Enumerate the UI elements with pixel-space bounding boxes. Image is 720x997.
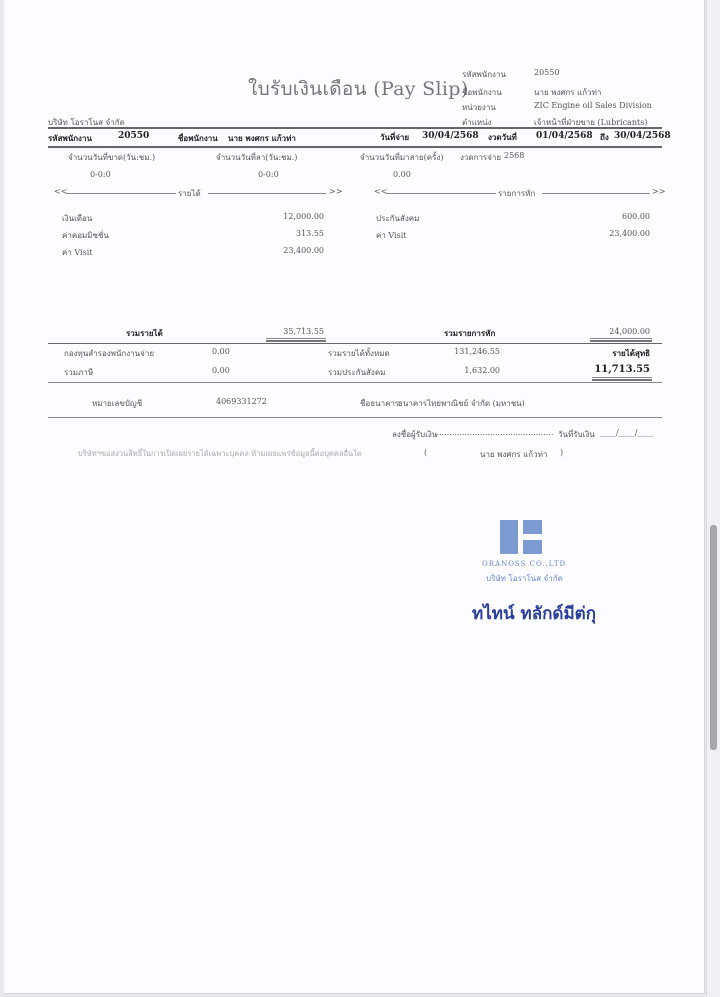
tax-value: 0.00: [212, 366, 230, 375]
late-value: 0.00: [393, 170, 411, 179]
deduction-item-label: ประกันสังคม: [376, 212, 419, 225]
divider: [48, 146, 662, 148]
deduction-total-underline: [590, 340, 652, 342]
receiver-signature-dots: ........................................…: [434, 428, 554, 437]
bar-id-label: รหัสพนักงาน: [48, 132, 92, 145]
scrollbar-thumb[interactable]: [710, 525, 717, 750]
income-item-amount: 12,000.00: [244, 212, 324, 221]
net-income-label: รายได้สุทธิ: [570, 347, 650, 360]
absent-label: จำนวนวันที่ขาด(วัน:ชม.): [68, 151, 155, 164]
vertical-scrollbar[interactable]: [706, 0, 720, 997]
bar-id-value: 20550: [118, 131, 149, 141]
leave-label: จำนวนวันที่ลา(วัน:ชม.): [216, 151, 297, 164]
deduction-total-label: รวมรายการหัก: [444, 327, 495, 340]
provident-value: 0.00: [212, 347, 230, 356]
income-left-arrow: <<: [54, 187, 67, 196]
provident-label: กองทุนสำรองพนักงานจ่าย: [64, 347, 154, 360]
income-item-label: ค่า Visit: [62, 246, 92, 259]
stamp-company-th: บริษัท โอราโนส จำกัด: [486, 572, 563, 585]
deduction-item-amount: 600.00: [570, 212, 650, 221]
income-total-underline: [266, 338, 326, 339]
account-label: หมายเลขบัญชี: [92, 397, 142, 410]
income-right-arrow: >>: [329, 187, 342, 196]
bar-period-from: 01/04/2568: [536, 131, 593, 141]
info-label-name: ชื่อพนักงาน: [462, 86, 502, 99]
paren-open: (: [424, 448, 427, 457]
income-item-amount: 23,400.00: [244, 246, 324, 255]
account-value: 4069331272: [216, 397, 267, 406]
income-rule: [66, 193, 176, 194]
payslip-page: ใบรับเงินเดือน (Pay Slip) รหัสพนักงาน 20…: [4, 0, 705, 994]
bar-period-to-label: ถึง: [600, 131, 609, 144]
deduction-item-amount: 23,400.00: [570, 229, 650, 238]
bar-period-label: งวดวันที่: [488, 131, 517, 144]
bar-period-to: 30/04/2568: [614, 131, 671, 141]
pay-period-label: งวดการจ่าย: [460, 151, 501, 164]
info-label-id: รหัสพนักงาน: [462, 68, 506, 81]
bar-name-label: ชื่อพนักงาน: [178, 132, 218, 145]
confidential-note: บริษัทฯขอสงวนสิทธิ์ในการเปิดเผยรายได้เฉพ…: [78, 448, 362, 460]
bar-pay-date-value: 30/04/2568: [422, 131, 479, 141]
info-label-department: หน่วยงาน: [462, 101, 496, 114]
bar-pay-date-label: วันที่จ่าย: [380, 131, 409, 144]
deduction-item-label: ค่า Visit: [376, 229, 406, 242]
income-total-value: 35,713.55: [244, 327, 324, 336]
deduction-total-underline: [590, 338, 652, 339]
ytd-income-value: 131,246.55: [424, 347, 500, 356]
leave-value: 0-0:0: [258, 170, 279, 179]
page-title: ใบรับเงินเดือน (Pay Slip): [248, 74, 468, 104]
absent-value: 0-0:0: [90, 170, 111, 179]
late-label: จำนวนวันที่มาสาย(ครั้ง): [360, 151, 443, 164]
net-income-value: 11,713.55: [570, 364, 650, 375]
deduction-section-label: รายการหัก: [498, 187, 535, 200]
tax-label: รวมภาษี: [64, 366, 93, 379]
deduction-rule: [542, 193, 650, 194]
income-section-label: รายได้: [178, 187, 201, 200]
info-value-id: 20550: [534, 68, 559, 77]
receipt-date-blank: ____/____/____: [600, 428, 653, 437]
receiver-signature-label: ลงชื่อผู้รับเงิน: [392, 428, 437, 441]
info-value-name: นาย พงศกร แก้วท่า: [534, 86, 601, 99]
receipt-date-label: วันที่รับเงิน: [558, 428, 595, 441]
income-rule: [208, 193, 326, 194]
divider: [48, 343, 662, 344]
pay-period-value: 2568: [504, 151, 524, 160]
income-item-label: เงินเดือน: [62, 212, 92, 225]
info-value-department: ZIC Engine oil Sales Division: [534, 101, 652, 110]
divider: [48, 417, 662, 418]
receiver-name: นาย พงศกร แก้วท่า: [480, 448, 547, 461]
ytd-sso-label: รวมประกันสังคม: [328, 366, 385, 379]
company-logo-icon: [500, 520, 544, 554]
deduction-rule: [386, 193, 496, 194]
divider: [48, 127, 662, 129]
income-item-amount: 313.55: [244, 229, 324, 238]
paren-close: ): [560, 448, 563, 457]
net-income-underline: [592, 377, 652, 378]
authorized-signature: ทไทน์ ทลักด์มีต่กุ: [472, 600, 596, 627]
stamp-company-en: ORANOSS CO.,LTD: [482, 560, 566, 568]
bank-value: ธนาคารไทยพาณิชย์ จำกัด (มหาชน): [398, 397, 525, 410]
divider: [48, 382, 662, 383]
income-total-label: รวมรายได้: [126, 327, 163, 340]
deduction-total-value: 24,000.00: [570, 327, 650, 336]
bank-label: ชื่อธนาคาร: [360, 397, 399, 410]
deduction-left-arrow: <<: [374, 187, 387, 196]
income-item-label: ค่าคอมมิชชั่น: [62, 229, 109, 242]
income-total-underline: [266, 340, 326, 342]
bar-name-value: นาย พงศกร แก้วท่า: [228, 132, 296, 145]
net-income-underline: [592, 379, 652, 381]
deduction-right-arrow: >>: [652, 187, 665, 196]
ytd-sso-value: 1,632.00: [424, 366, 500, 375]
ytd-income-label: รวมรายได้ทั้งหมด: [328, 347, 390, 360]
